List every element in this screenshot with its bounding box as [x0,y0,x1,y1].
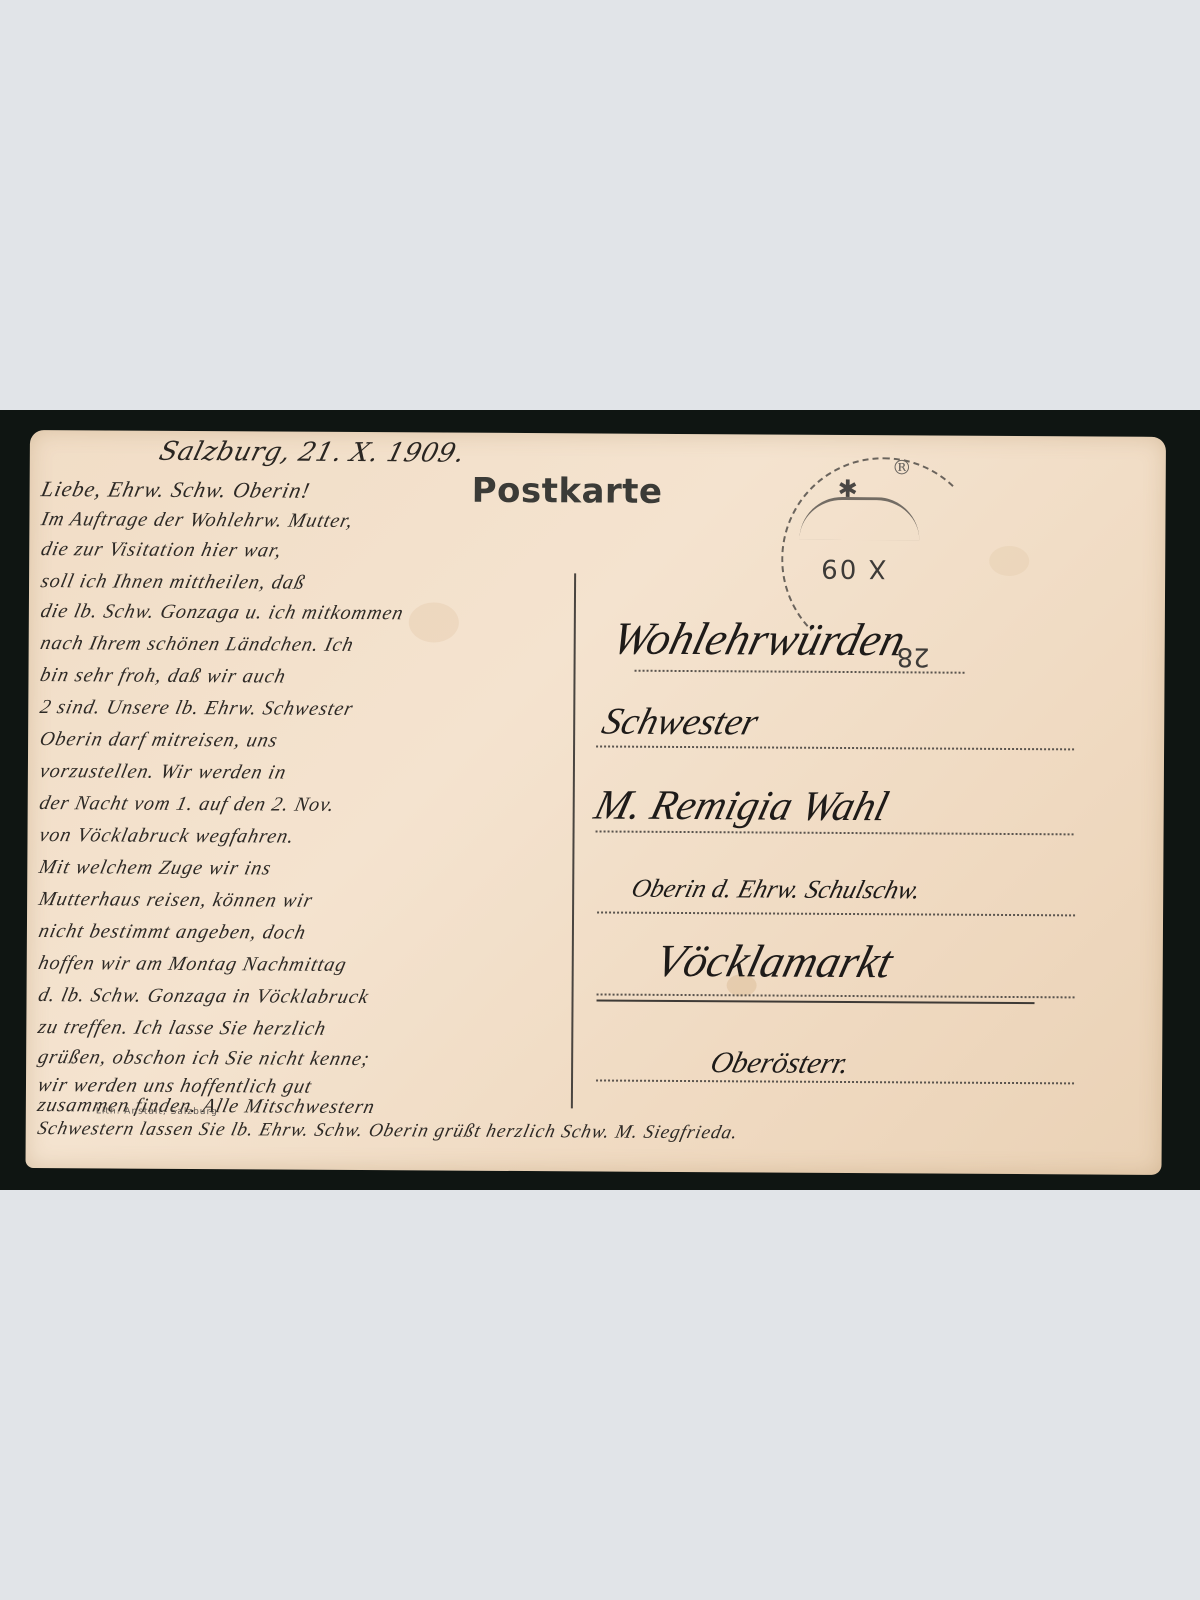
postmark-date: X 09 [819,553,886,583]
message-line: zu treffen. Ich lasse Sie herzlich [36,1016,329,1041]
address-rule [597,911,1075,916]
address-rule [596,745,1074,750]
star-icon: ✱ [838,475,858,503]
heading-text: Postkarte [472,471,663,512]
message-line: soll ich Ihnen mittheilen, daß [39,570,308,595]
printer-imprint: Lith. Anstalt, Salzburg [96,1106,218,1117]
message-line: nicht bestimmt angeben, doch [36,920,308,945]
closing-line: Schwestern lassen Sie lb. Ehrw. Schw. Ob… [35,1118,740,1144]
address-line-6: Oberösterr. [707,1046,853,1081]
message-line: die lb. Schw. Gonzaga u. ich mitkommen [38,600,406,625]
message-line: vorzustellen. Wir werden in [37,760,288,784]
message-line: von Vöcklabruck wegfahren. [37,824,297,849]
address-line-1: Wohlehrwürden [607,612,911,667]
message-line: Mit welchem Zuge wir ins [37,856,274,880]
stain [989,546,1029,576]
message-line: bin sehr froh, daß wir auch [38,664,288,688]
place-date: Salzburg, 21. X. 1909. [156,437,468,469]
postcard: Salzburg, 21. X. 1909. Postkarte Liebe, … [25,430,1165,1175]
message-line: 2 sind. Unsere lb. Ehrw. Schwester [38,696,356,721]
message-line: der Nacht vom 1. auf den 2. Nov. [37,792,337,817]
address-line-3: M. Remigia Wahl [590,781,894,831]
stain [409,602,459,642]
address-line-4: Oberin d. Ehrw. Schulschw. [628,874,924,906]
address-line-5: Vöcklamarkt [650,934,899,988]
message-line: grüßen, obschon ich Sie nicht kenne; [36,1046,372,1071]
address-rule-double [597,993,1075,998]
message-line: Liebe, Ehrw. Schw. Oberin! [39,476,313,504]
address-rule [596,1079,1074,1084]
message-line: die zur Visitation hier war, [39,538,284,562]
vertical-divider [571,573,576,1108]
message-line: d. lb. Schw. Gonzaga in Vöcklabruck [36,984,371,1009]
message-line: Im Auftrage der Wohlehrw. Mutter, [39,508,356,533]
message-line: hoffen wir am Montag Nachmittag [36,952,349,977]
postmark-letter-icon: ® [892,455,912,479]
message-line: Oberin darf mitreisen, uns [38,728,281,752]
address-line-2: Schwester [598,700,763,745]
message-line: Mutterhaus reisen, können wir [37,888,315,913]
message-line: nach Ihrem schönen Ländchen. Ich [38,632,356,657]
postcard-heading: Postkarte [472,471,663,512]
address-rule [596,830,1074,835]
